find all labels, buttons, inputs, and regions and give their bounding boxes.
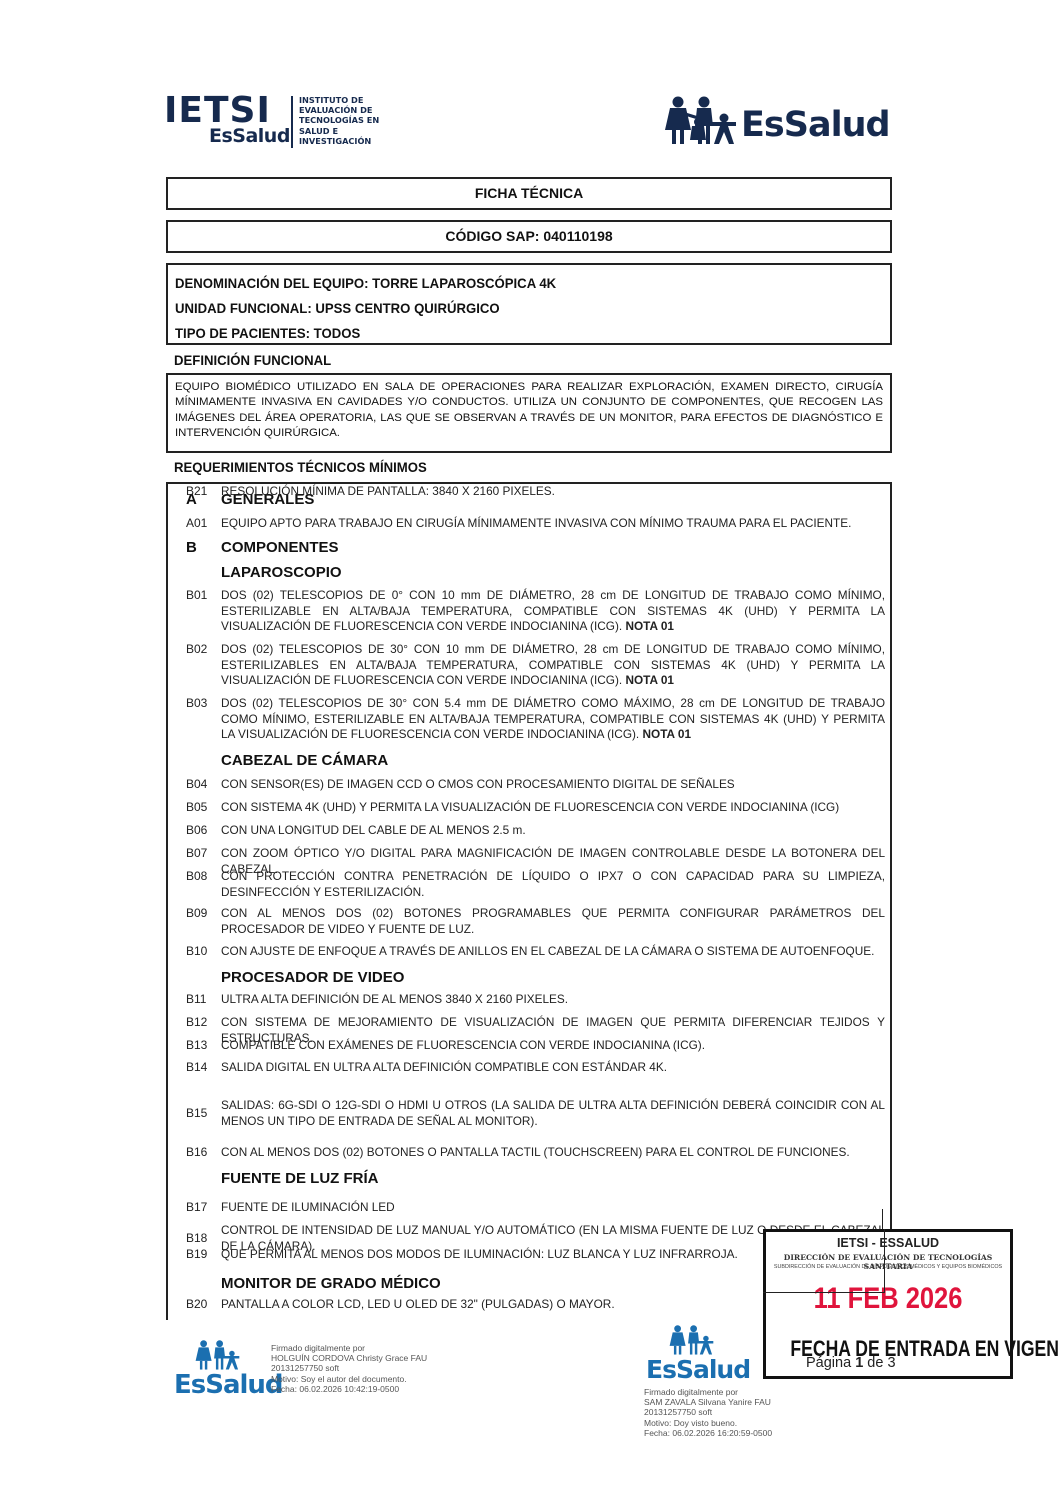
requirement-text: CON AJUSTE DE ENFOQUE A TRAVÉS DE ANILLO… — [221, 944, 885, 960]
signature-line: 20131257750 soft — [644, 1407, 772, 1417]
stamp-overlay-line-inner-h — [763, 1292, 885, 1293]
requirement-code: B17 — [186, 1200, 207, 1214]
page-prefix: Página — [806, 1355, 851, 1371]
stamp-subdirection: SUBDIRECCIÓN DE EVALUACIÓN DE DISPOSITIV… — [766, 1264, 1010, 1270]
stamp-date: 11 FEB 2026 — [784, 1282, 991, 1316]
requirement-text-body: SALIDA DIGITAL EN ULTRA ALTA DEFINICIÓN … — [221, 1060, 667, 1074]
requirement-text-body: FUENTE DE ILUMINACIÓN LED — [221, 1200, 395, 1214]
requirement-code: B08 — [186, 869, 207, 883]
stamp-overlay-line-inner — [884, 1229, 885, 1293]
signature-text: Firmado digitalmente por HOLGUÍN CORDOVA… — [271, 1343, 427, 1394]
requirement-text: CON SENSOR(ES) DE IMAGEN CCD O CMOS CON … — [221, 777, 885, 793]
requirement-text: ULTRA ALTA DEFINICIÓN DE AL MENOS 3840 X… — [221, 992, 885, 1008]
requirement-code: B03 — [186, 696, 207, 710]
requirement-text-body: DOS (02) TELESCOPIOS DE 30° CON 10 mm DE… — [221, 642, 885, 687]
requirement-code: B21 — [186, 484, 207, 498]
equipment-name: DENOMINACIÓN DEL EQUIPO: TORRE LAPAROSCÓ… — [175, 271, 841, 296]
signature-line: Firmado digitalmente por — [271, 1343, 427, 1353]
requirement-text: FUENTE DE ILUMINACIÓN LED — [221, 1200, 885, 1216]
requirement-text-body: CON AL MENOS DOS (02) BOTONES O PANTALLA… — [221, 1145, 850, 1159]
family-figures-icon — [664, 96, 742, 148]
signature-line: 20131257750 soft — [271, 1363, 427, 1373]
category-letter: B — [186, 539, 197, 556]
requirement-text-body: CON AJUSTE DE ENFOQUE A TRAVÉS DE ANILLO… — [221, 944, 874, 958]
requirement-code: B20 — [186, 1297, 207, 1311]
family-figures-icon — [668, 1325, 718, 1357]
essalud-wordmark: EsSalud — [646, 1355, 750, 1384]
requirement-code: A01 — [186, 516, 207, 530]
ietsi-line: INVESTIGACIÓN — [299, 136, 379, 146]
signature-line: HOLGUÍN CORDOVA Christy Grace FAU — [271, 1353, 427, 1363]
requirement-note: NOTA 01 — [643, 727, 692, 741]
requirement-code: B05 — [186, 800, 207, 814]
requirement-code: B13 — [186, 1038, 207, 1052]
requirement-code: B04 — [186, 777, 207, 791]
requirement-text: CON AL MENOS DOS (02) BOTONES O PANTALLA… — [221, 1145, 885, 1161]
requirement-code: B02 — [186, 642, 207, 656]
subsection-title: FUENTE DE LUZ FRÍA — [221, 1170, 379, 1187]
ietsi-essalud-word: EsSalud — [209, 125, 290, 147]
signature-line: SAM ZAVALA Silvana Yanire FAU — [644, 1397, 772, 1407]
requirement-note: NOTA 01 — [625, 619, 674, 633]
signature-line: Fecha: 06.02.2026 16:20:59-0500 — [644, 1428, 772, 1438]
requirement-text: CON PROTECCIÓN CONTRA PENETRACIÓN DE LÍQ… — [221, 869, 885, 900]
requirement-text-body: CON AL MENOS DOS (02) BOTONES PROGRAMABL… — [221, 906, 885, 936]
signature-line: Motivo: Doy visto bueno. — [644, 1418, 772, 1428]
requirement-code: B01 — [186, 588, 207, 602]
sap-code: CÓDIGO SAP: 040110198 — [166, 220, 892, 253]
equipment-identification: DENOMINACIÓN DEL EQUIPO: TORRE LAPAROSCÓ… — [166, 263, 892, 345]
requirement-text: DOS (02) TELESCOPIOS DE 30° CON 5.4 mm D… — [221, 696, 885, 743]
requirement-code: B07 — [186, 846, 207, 860]
requirement-note: NOTA 01 — [625, 673, 674, 687]
page-number: Página 1 de 3 — [806, 1355, 896, 1371]
requirement-text-body: COMPATIBLE CON EXÁMENES DE FLUORESCENCIA… — [221, 1038, 705, 1052]
requirement-text: SALIDAS: 6G-SDI O 12G-SDI O HDMI U OTROS… — [221, 1098, 885, 1129]
ietsi-line: SALUD E — [299, 126, 379, 136]
digital-signature-2: EsSalud Firmado digitalmente por SAM ZAV… — [644, 1325, 804, 1445]
subsection-title: CABEZAL DE CÁMARA — [221, 752, 388, 769]
page-total: 3 — [887, 1355, 895, 1371]
requirement-text: COMPATIBLE CON EXÁMENES DE FLUORESCENCIA… — [221, 1038, 885, 1054]
ietsi-line: TECNOLOGÍAS EN — [299, 115, 379, 125]
requirement-code: B09 — [186, 906, 207, 920]
essalud-logo: EsSalud — [664, 96, 894, 152]
functional-unit: UNIDAD FUNCIONAL: UPSS CENTRO QUIRÚRGICO — [175, 296, 841, 321]
digital-signature-1: EsSalud Firmado digitalmente por HOLGUÍN… — [174, 1340, 434, 1406]
requirement-text-body: CON UNA LONGITUD DEL CABLE DE AL MENOS 2… — [221, 823, 526, 837]
subsection-title: MONITOR DE GRADO MÉDICO — [221, 1275, 441, 1292]
requirement-text: CON SISTEMA 4K (UHD) Y PERMITA LA VISUAL… — [221, 800, 885, 816]
signature-text: Firmado digitalmente por SAM ZAVALA Silv… — [644, 1387, 772, 1438]
requirement-text-body: CON SENSOR(ES) DE IMAGEN CCD O CMOS CON … — [221, 777, 735, 791]
essalud-wordmark: EsSalud — [174, 1370, 283, 1400]
requirement-text-body: SALIDAS: 6G-SDI O 12G-SDI O HDMI U OTROS… — [221, 1098, 885, 1128]
requirement-text-body: ULTRA ALTA DEFINICIÓN DE AL MENOS 3840 X… — [221, 992, 568, 1006]
requirement-code: B19 — [186, 1247, 207, 1261]
logo-divider — [291, 96, 293, 148]
requirement-code: B18 — [186, 1231, 207, 1245]
requirement-text-body: DOS (02) TELESCOPIOS DE 0° CON 10 mm DE … — [221, 588, 885, 633]
requirement-text: CON AL MENOS DOS (02) BOTONES PROGRAMABL… — [221, 906, 885, 937]
requirement-code: B15 — [186, 1106, 207, 1120]
requirement-code: B16 — [186, 1145, 207, 1159]
requirement-text-body: CON SISTEMA 4K (UHD) Y PERMITA LA VISUAL… — [221, 800, 839, 814]
requirement-text-body: RESOLUCIÓN MÍNIMA DE PANTALLA: 3840 X 21… — [221, 484, 555, 498]
stamp-org: IETSI - ESSALUD — [766, 1236, 1010, 1250]
signature-line: Motivo: Soy el autor del documento. — [271, 1374, 427, 1384]
requirement-code: B11 — [186, 992, 206, 1006]
page-current: 1 — [855, 1355, 863, 1371]
ietsi-logo: IETSI EsSalud INSTITUTO DE EVALUACIÓN DE… — [164, 92, 394, 152]
requirement-text: DOS (02) TELESCOPIOS DE 0° CON 10 mm DE … — [221, 588, 885, 635]
ietsi-line: EVALUACIÓN DE — [299, 105, 379, 115]
ietsi-line: INSTITUTO DE — [299, 95, 379, 105]
requirement-text: DOS (02) TELESCOPIOS DE 30° CON 10 mm DE… — [221, 642, 885, 689]
ietsi-institute-name: INSTITUTO DE EVALUACIÓN DE TECNOLOGÍAS E… — [299, 95, 379, 146]
requirement-code: B14 — [186, 1060, 207, 1074]
requirement-text-body: CON PROTECCIÓN CONTRA PENETRACIÓN DE LÍQ… — [221, 869, 885, 899]
requirement-text-body: DOS (02) TELESCOPIOS DE 30° CON 5.4 mm D… — [221, 696, 885, 741]
signature-line: Firmado digitalmente por — [644, 1387, 772, 1397]
essalud-wordmark: EsSalud — [741, 105, 890, 145]
document-title: FICHA TÉCNICA — [166, 177, 892, 210]
definition-text: EQUIPO BIOMÉDICO UTILIZADO EN SALA DE OP… — [166, 373, 892, 453]
requirement-text: RESOLUCIÓN MÍNIMA DE PANTALLA: 3840 X 21… — [221, 484, 885, 500]
page-middle: de — [867, 1355, 883, 1371]
requirements-table: AGENERALESA01EQUIPO APTO PARA TRABAJO EN… — [166, 482, 892, 1320]
patient-type: TIPO DE PACIENTES: TODOS — [175, 321, 841, 346]
requirement-text-body: PANTALLA A COLOR LCD, LED U OLED DE 32" … — [221, 1297, 615, 1311]
requirement-text: EQUIPO APTO PARA TRABAJO EN CIRUGÍA MÍNI… — [221, 516, 885, 532]
requirements-heading: REQUERIMIENTOS TÉCNICOS MÍNIMOS — [174, 459, 427, 475]
requirement-text: CON UNA LONGITUD DEL CABLE DE AL MENOS 2… — [221, 823, 885, 839]
requirement-text-body: QUE PERMITA AL MENOS DOS MODOS DE ILUMIN… — [221, 1247, 738, 1261]
requirement-code: B06 — [186, 823, 207, 837]
signature-line: Fecha: 06.02.2026 10:42:19-0500 — [271, 1384, 427, 1394]
requirement-text-body: EQUIPO APTO PARA TRABAJO EN CIRUGÍA MÍNI… — [221, 516, 851, 530]
category-title: COMPONENTES — [221, 539, 339, 556]
requirement-code: B12 — [186, 1015, 207, 1029]
family-figures-icon — [194, 1340, 244, 1372]
subsection-title: LAPAROSCOPIO — [221, 564, 342, 581]
requirement-code: B10 — [186, 944, 207, 958]
requirement-text: SALIDA DIGITAL EN ULTRA ALTA DEFINICIÓN … — [221, 1060, 885, 1076]
subsection-title: PROCESADOR DE VIDEO — [221, 969, 404, 986]
definition-heading: DEFINICIÓN FUNCIONAL — [174, 352, 331, 368]
